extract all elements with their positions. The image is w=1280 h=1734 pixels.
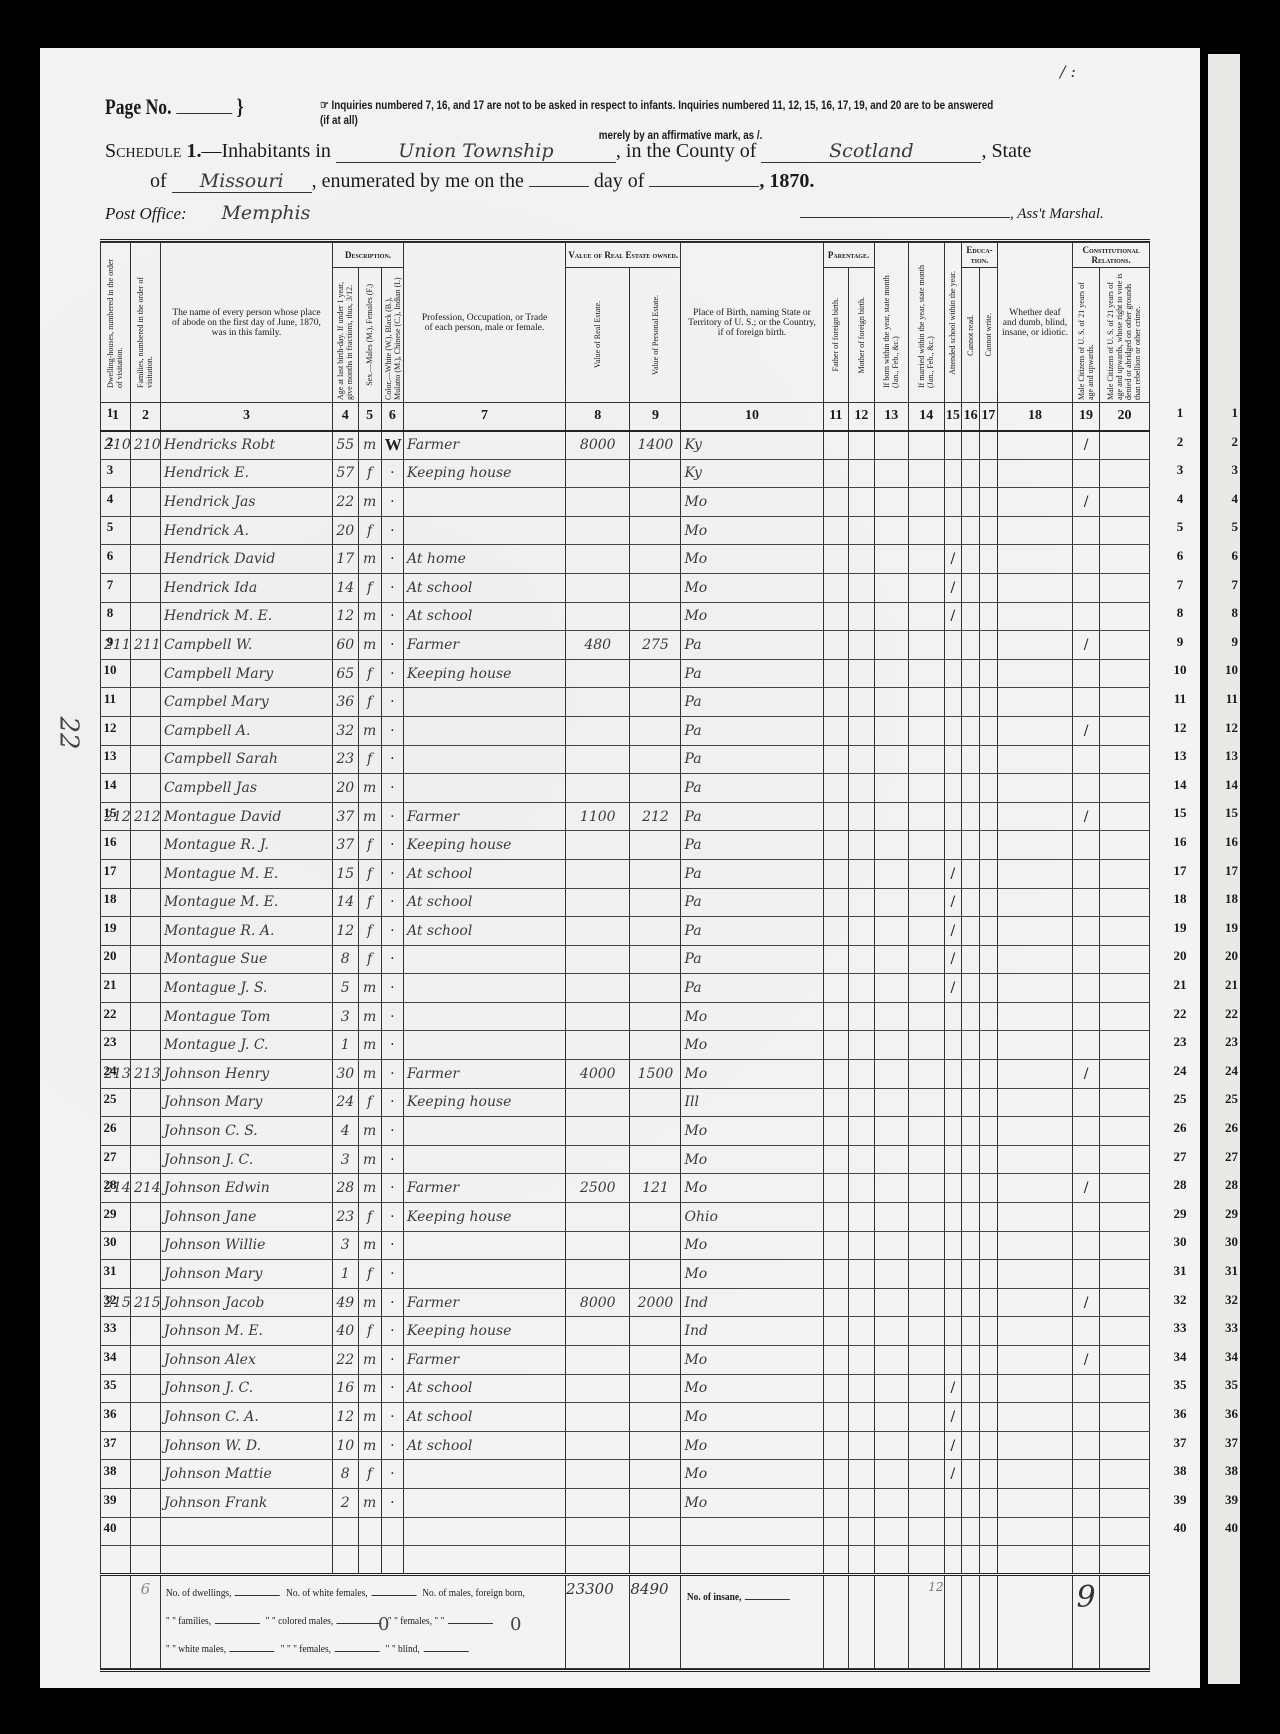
disability-cell xyxy=(997,1088,1072,1117)
mother-foreign-cell xyxy=(849,1117,875,1146)
cannot-read-cell xyxy=(962,631,980,660)
family-number-cell xyxy=(130,1403,160,1432)
birthplace-cell: Pa xyxy=(681,945,823,974)
age-cell: 22 xyxy=(332,488,358,517)
family-number-cell xyxy=(130,1517,160,1546)
table-row: Montague M. E.15f·At schoolPa/ xyxy=(101,859,1150,888)
color-cell: · xyxy=(381,1088,403,1117)
vote-denied-cell xyxy=(1099,516,1149,545)
born-within-year-cell xyxy=(874,1002,908,1031)
born-within-year-cell xyxy=(874,1231,908,1260)
father-foreign-cell xyxy=(823,431,849,460)
col14-header: If married within the year, state month … xyxy=(908,243,944,403)
vote-denied-cell xyxy=(1099,659,1149,688)
mother-foreign-cell xyxy=(849,1231,875,1260)
father-foreign-cell xyxy=(823,1346,849,1375)
age-cell: 5 xyxy=(332,974,358,1003)
vote-denied-cell xyxy=(1099,1288,1149,1317)
birthplace-cell: Ind xyxy=(681,1317,823,1346)
age-cell: 14 xyxy=(332,573,358,602)
township-field: Union Township xyxy=(336,140,616,163)
cannot-write-cell xyxy=(980,888,998,917)
color-cell: · xyxy=(381,831,403,860)
cannot-read-cell xyxy=(962,802,980,831)
age-cell: 40 xyxy=(332,1317,358,1346)
cannot-read-cell xyxy=(962,1517,980,1546)
col2-header: Families, numbered in the order of visit… xyxy=(130,243,160,403)
cannot-read-cell xyxy=(962,1260,980,1289)
cannot-read-cell xyxy=(962,831,980,860)
male-citizen-21-cell: / xyxy=(1073,431,1100,460)
disability-cell xyxy=(997,888,1072,917)
color-cell: · xyxy=(381,1117,403,1146)
disability-cell xyxy=(997,1031,1072,1060)
line-number: 9 xyxy=(98,634,122,650)
real-estate-value-cell xyxy=(566,1145,630,1174)
age-cell: 14 xyxy=(332,888,358,917)
personal-estate-value-cell xyxy=(630,1203,681,1232)
column-number: 4 xyxy=(332,403,358,431)
line-number: 21 xyxy=(1168,977,1192,993)
table-row: 213213Johnson Henry30m·Farmer40001500Mo/ xyxy=(101,1060,1150,1089)
birthplace-cell: Pa xyxy=(681,917,823,946)
col19-header: Male Citizens of U. S. of 21 years of ag… xyxy=(1073,268,1100,403)
male-citizen-21-cell: / xyxy=(1073,1346,1100,1375)
male-citizen-21-cell xyxy=(1073,831,1100,860)
adjacent-line-number: 27 xyxy=(1225,1149,1238,1165)
person-name-cell: Montague David xyxy=(160,802,332,831)
adjacent-line-number: 26 xyxy=(1225,1120,1238,1136)
attended-school-cell xyxy=(944,659,962,688)
mother-foreign-cell xyxy=(849,488,875,517)
married-within-year-cell xyxy=(908,1488,944,1517)
birthplace-cell: Pa xyxy=(681,716,823,745)
person-name-cell: Montague Sue xyxy=(160,945,332,974)
mother-foreign-cell xyxy=(849,688,875,717)
cannot-write-cell xyxy=(980,631,998,660)
male-citizen-21-cell xyxy=(1073,1203,1100,1232)
cannot-write-cell xyxy=(980,602,998,631)
col6-header: Color.—White (W.), Black (B.), Mulatto (… xyxy=(381,268,403,403)
adjacent-line-number: 39 xyxy=(1225,1492,1238,1508)
vote-denied-cell xyxy=(1099,1088,1149,1117)
col17-header: Cannot write. xyxy=(980,268,998,403)
birthplace-cell: Mo xyxy=(681,516,823,545)
vote-denied-cell xyxy=(1099,974,1149,1003)
born-within-year-cell xyxy=(874,659,908,688)
personal-estate-value-cell xyxy=(630,1145,681,1174)
table-row: Johnson Willie3m·Mo xyxy=(101,1231,1150,1260)
color-cell: · xyxy=(381,602,403,631)
line-number: 11 xyxy=(98,691,122,707)
birthplace-cell: Mo xyxy=(681,488,823,517)
vote-denied-cell xyxy=(1099,1060,1149,1089)
person-name-cell: Montague J. S. xyxy=(160,974,332,1003)
color-cell: · xyxy=(381,1174,403,1203)
born-within-year-cell xyxy=(874,1460,908,1489)
married-within-year-cell xyxy=(908,974,944,1003)
cannot-read-cell xyxy=(962,1031,980,1060)
disability-cell xyxy=(997,859,1072,888)
column-number: 12 xyxy=(849,403,875,431)
person-name-cell: Montague R. J. xyxy=(160,831,332,860)
line-number: 27 xyxy=(1168,1149,1192,1165)
family-number-cell xyxy=(130,659,160,688)
birthplace-cell: Mo xyxy=(681,545,823,574)
family-number-cell xyxy=(130,602,160,631)
line-number: 30 xyxy=(98,1234,122,1250)
table-row: Hendrick David17m·At homeMo/ xyxy=(101,545,1150,574)
white-females-field xyxy=(372,1595,417,1596)
inquiries-notice: ☞ Inquiries numbered 7, 16, and 17 are n… xyxy=(320,98,1001,143)
occupation-cell xyxy=(403,745,565,774)
mother-foreign-cell xyxy=(849,1517,875,1546)
mother-foreign-cell xyxy=(849,1317,875,1346)
father-foreign-cell xyxy=(823,1002,849,1031)
person-name-cell: Johnson C. A. xyxy=(160,1403,332,1432)
adjacent-line-number: 19 xyxy=(1225,920,1238,936)
line-number: 33 xyxy=(98,1320,122,1336)
color-cell: · xyxy=(381,1374,403,1403)
person-name-cell: Johnson W. D. xyxy=(160,1431,332,1460)
color-cell: · xyxy=(381,745,403,774)
cannot-write-cell xyxy=(980,1117,998,1146)
vote-denied-cell xyxy=(1099,431,1149,460)
description-group-header: Description. xyxy=(332,243,403,268)
line-number: 35 xyxy=(98,1377,122,1393)
attended-school-cell xyxy=(944,1546,962,1575)
disability-cell xyxy=(997,431,1072,460)
cannot-read-cell xyxy=(962,573,980,602)
adjacent-line-number: 22 xyxy=(1225,1006,1238,1022)
person-name-cell: Campbell Sarah xyxy=(160,745,332,774)
table-row: Johnson Mary24f·Keeping houseIll xyxy=(101,1088,1150,1117)
person-name-cell: Johnson Frank xyxy=(160,1488,332,1517)
table-row: Johnson Alex22m·FarmerMo/ xyxy=(101,1346,1150,1375)
mother-foreign-cell xyxy=(849,459,875,488)
sex-cell: f xyxy=(358,1317,381,1346)
line-number: 6 xyxy=(1168,548,1192,564)
sex-cell: m xyxy=(358,974,381,1003)
table-row: Johnson Frank2m·Mo xyxy=(101,1488,1150,1517)
color-cell: · xyxy=(381,573,403,602)
born-within-year-cell xyxy=(874,745,908,774)
post-office-line: Post Office: Memphis xyxy=(105,202,341,224)
real-estate-value-cell xyxy=(566,573,630,602)
birthplace-cell: Mo xyxy=(681,1145,823,1174)
adjacent-line-number: 30 xyxy=(1225,1234,1238,1250)
married-within-year-cell xyxy=(908,659,944,688)
cannot-read-cell xyxy=(962,745,980,774)
real-estate-value-cell xyxy=(566,945,630,974)
line-number: 26 xyxy=(1168,1120,1192,1136)
color-cell: · xyxy=(381,1346,403,1375)
family-number-cell xyxy=(130,774,160,803)
disability-cell xyxy=(997,659,1072,688)
real-estate-value-cell xyxy=(566,659,630,688)
line-number: 15 xyxy=(98,805,122,821)
table-row: 210210Hendricks Robt55mWFarmer80001400Ky… xyxy=(101,431,1150,460)
line-number: 20 xyxy=(98,948,122,964)
born-within-year-cell xyxy=(874,917,908,946)
father-foreign-cell xyxy=(823,1260,849,1289)
bottom-mark-1: 0 xyxy=(378,1614,389,1635)
cannot-read-cell xyxy=(962,1060,980,1089)
male-citizen-21-cell xyxy=(1073,1403,1100,1432)
personal-estate-value-cell xyxy=(630,888,681,917)
color-cell: · xyxy=(381,1060,403,1089)
sex-cell: f xyxy=(358,1088,381,1117)
column-number: 13 xyxy=(874,403,908,431)
disability-cell xyxy=(997,1431,1072,1460)
adjacent-line-number: 18 xyxy=(1225,891,1238,907)
sex-cell: m xyxy=(358,716,381,745)
attended-school-cell xyxy=(944,688,962,717)
birthplace-cell: Ohio xyxy=(681,1203,823,1232)
person-name-cell: Johnson Willie xyxy=(160,1231,332,1260)
family-number-cell xyxy=(130,1203,160,1232)
occupation-cell xyxy=(403,516,565,545)
age-cell: 16 xyxy=(332,1374,358,1403)
line-number: 37 xyxy=(98,1435,122,1451)
personal-estate-value-cell xyxy=(630,1231,681,1260)
male-citizen-21-cell xyxy=(1073,1488,1100,1517)
occupation-cell xyxy=(403,974,565,1003)
table-row: Hendrick Ida14f·At schoolMo/ xyxy=(101,573,1150,602)
color-cell: · xyxy=(381,1488,403,1517)
real-estate-value-cell xyxy=(566,831,630,860)
adjacent-line-number: 9 xyxy=(1232,634,1239,650)
personal-estate-value-cell xyxy=(630,974,681,1003)
mother-foreign-cell xyxy=(849,888,875,917)
summary-counts: No. of dwellings, No. of white females, … xyxy=(160,1574,525,1668)
cannot-read-cell xyxy=(962,1088,980,1117)
age-cell: 20 xyxy=(332,774,358,803)
married-within-year-cell xyxy=(908,1460,944,1489)
real-estate-value-cell xyxy=(566,1460,630,1489)
table-row: Johnson M. E.40f·Keeping houseInd xyxy=(101,1317,1150,1346)
attended-school-cell xyxy=(944,1117,962,1146)
father-foreign-cell xyxy=(823,917,849,946)
census-table: Dwelling-houses, numbered in the order o… xyxy=(100,239,1150,1672)
real-estate-value-cell xyxy=(566,888,630,917)
mother-foreign-cell xyxy=(849,1260,875,1289)
sex-cell: m xyxy=(358,1145,381,1174)
mother-foreign-cell xyxy=(849,1488,875,1517)
adjacent-line-number: 34 xyxy=(1225,1349,1238,1365)
page-summary: 6 No. of dwellings, No. of white females… xyxy=(101,1574,1150,1668)
vote-denied-cell xyxy=(1099,1117,1149,1146)
line-number: 24 xyxy=(1168,1063,1192,1079)
married-within-year-cell xyxy=(908,1145,944,1174)
sex-cell: m xyxy=(358,1288,381,1317)
attended-school-cell xyxy=(944,802,962,831)
vote-denied-cell xyxy=(1099,488,1149,517)
personal-estate-value-cell: 1400 xyxy=(630,431,681,460)
married-within-year-cell xyxy=(908,945,944,974)
cannot-write-cell xyxy=(980,1174,998,1203)
attended-school-cell: / xyxy=(944,917,962,946)
constitutional-group-header: Constitutional Relations. xyxy=(1073,243,1150,268)
disability-cell xyxy=(997,1346,1072,1375)
line-number: 24 xyxy=(98,1063,122,1079)
cannot-read-cell xyxy=(962,516,980,545)
column-number: 17 xyxy=(980,403,998,431)
cannot-write-cell xyxy=(980,831,998,860)
mother-foreign-cell xyxy=(849,917,875,946)
family-number-cell xyxy=(130,716,160,745)
line-number: 9 xyxy=(1168,634,1192,650)
table-row: Hendrick M. E.12m·At schoolMo/ xyxy=(101,602,1150,631)
birthplace-cell: Pa xyxy=(681,859,823,888)
family-number-cell xyxy=(130,859,160,888)
father-foreign-cell xyxy=(823,745,849,774)
cannot-read-cell xyxy=(962,1488,980,1517)
adjacent-line-number: 7 xyxy=(1232,577,1239,593)
male-citizen-21-cell xyxy=(1073,459,1100,488)
column-number: 8 xyxy=(566,403,630,431)
male-citizen-21-cell: / xyxy=(1073,1288,1100,1317)
personal-estate-value-cell xyxy=(630,774,681,803)
mother-foreign-cell xyxy=(849,716,875,745)
age-cell: 65 xyxy=(332,659,358,688)
occupation-cell: Farmer xyxy=(403,1346,565,1375)
born-within-year-cell xyxy=(874,1403,908,1432)
column-number: 18 xyxy=(997,403,1072,431)
attended-school-cell xyxy=(944,516,962,545)
personal-estate-value-cell xyxy=(630,716,681,745)
cannot-read-cell xyxy=(962,1174,980,1203)
table-row: Montague Sue8f·Pa/ xyxy=(101,945,1150,974)
real-estate-value-cell xyxy=(566,1431,630,1460)
vote-denied-cell xyxy=(1099,1403,1149,1432)
birthplace-cell: Mo xyxy=(681,1031,823,1060)
occupation-cell: At school xyxy=(403,917,565,946)
mother-foreign-cell xyxy=(849,945,875,974)
real-estate-value-cell xyxy=(566,716,630,745)
married-within-year-cell xyxy=(908,602,944,631)
personal-estate-value-cell xyxy=(630,1488,681,1517)
family-number-cell xyxy=(130,745,160,774)
married-within-year-cell xyxy=(908,1374,944,1403)
birthplace-cell: Pa xyxy=(681,831,823,860)
cannot-read-cell xyxy=(962,1117,980,1146)
family-number-cell xyxy=(130,1031,160,1060)
father-foreign-cell xyxy=(823,573,849,602)
occupation-cell: Keeping house xyxy=(403,1317,565,1346)
person-name-cell: Campbell W. xyxy=(160,631,332,660)
real-estate-value-cell xyxy=(566,1117,630,1146)
table-row: Johnson Jane23f·Keeping houseOhio xyxy=(101,1203,1150,1232)
occupation-cell xyxy=(403,1002,565,1031)
col1-header: Dwelling-houses, numbered in the order o… xyxy=(101,243,131,403)
line-number: 16 xyxy=(1168,834,1192,850)
cannot-read-cell xyxy=(962,459,980,488)
line-number: 39 xyxy=(98,1492,122,1508)
vote-denied-cell xyxy=(1099,1317,1149,1346)
adjacent-line-number: 21 xyxy=(1225,977,1238,993)
disability-cell xyxy=(997,545,1072,574)
father-foreign-cell xyxy=(823,488,849,517)
attended-school-cell xyxy=(944,716,962,745)
disability-cell xyxy=(997,974,1072,1003)
cannot-read-cell xyxy=(962,688,980,717)
occupation-cell: At school xyxy=(403,1403,565,1432)
person-name-cell: Montague M. E. xyxy=(160,888,332,917)
day-field xyxy=(529,186,589,187)
attended-school-cell xyxy=(944,831,962,860)
mother-foreign-cell xyxy=(849,859,875,888)
color-cell: · xyxy=(381,1002,403,1031)
attended-school-cell xyxy=(944,1002,962,1031)
attended-school-cell: / xyxy=(944,974,962,1003)
column-number: 11 xyxy=(823,403,849,431)
father-foreign-cell xyxy=(823,802,849,831)
attended-school-cell xyxy=(944,459,962,488)
line-number: 12 xyxy=(1168,720,1192,736)
disability-cell xyxy=(997,573,1072,602)
post-office-field: Memphis xyxy=(191,202,341,224)
birthplace-cell: Mo xyxy=(681,1460,823,1489)
born-within-year-cell xyxy=(874,1546,908,1575)
born-within-year-cell xyxy=(874,1088,908,1117)
cannot-read-cell xyxy=(962,1145,980,1174)
male-citizen-21-cell: / xyxy=(1073,488,1100,517)
father-foreign-cell xyxy=(823,1145,849,1174)
attended-school-cell xyxy=(944,1145,962,1174)
born-within-year-cell xyxy=(874,1203,908,1232)
born-within-year-cell xyxy=(874,859,908,888)
total-real-estate: 23300 xyxy=(566,1574,630,1668)
col5-header: Sex.—Males (M.), Females (F.) xyxy=(358,268,381,403)
line-number: 31 xyxy=(1168,1263,1192,1279)
personal-estate-value-cell xyxy=(630,1317,681,1346)
mother-foreign-cell xyxy=(849,1431,875,1460)
family-number-cell xyxy=(130,1374,160,1403)
real-estate-value-cell xyxy=(566,1260,630,1289)
line-number: 2 xyxy=(1168,434,1192,450)
insane-field xyxy=(745,1599,790,1600)
person-name-cell: Hendrick E. xyxy=(160,459,332,488)
personal-estate-value-cell: 2000 xyxy=(630,1288,681,1317)
table-row: Campbell Sarah23f·Pa xyxy=(101,745,1150,774)
mother-foreign-cell xyxy=(849,802,875,831)
birthplace-cell: Mo xyxy=(681,1231,823,1260)
person-name-cell: Campbel Mary xyxy=(160,688,332,717)
age-cell: 22 xyxy=(332,1346,358,1375)
married-within-year-cell xyxy=(908,1403,944,1432)
col16-header: Cannot read. xyxy=(962,268,980,403)
attended-school-cell xyxy=(944,1488,962,1517)
adjacent-line-number: 24 xyxy=(1225,1063,1238,1079)
cannot-read-cell xyxy=(962,917,980,946)
married-within-year-cell xyxy=(908,831,944,860)
family-number-cell: 210 xyxy=(130,431,160,460)
column-number: 20 xyxy=(1099,403,1149,431)
attended-school-cell xyxy=(944,1031,962,1060)
adjacent-line-number: 36 xyxy=(1225,1406,1238,1422)
married-within-year-cell xyxy=(908,1546,944,1575)
cannot-read-cell xyxy=(962,545,980,574)
person-name-cell: Hendrick David xyxy=(160,545,332,574)
mother-foreign-cell xyxy=(849,1031,875,1060)
married-within-year-cell xyxy=(908,1231,944,1260)
person-name-cell: Hendrick A. xyxy=(160,516,332,545)
table-row: Montague R. J.37f·Keeping housePa xyxy=(101,831,1150,860)
adjacent-line-number: 2 xyxy=(1232,434,1239,450)
adjacent-line-number: 32 xyxy=(1225,1292,1238,1308)
birthplace-cell: Pa xyxy=(681,745,823,774)
